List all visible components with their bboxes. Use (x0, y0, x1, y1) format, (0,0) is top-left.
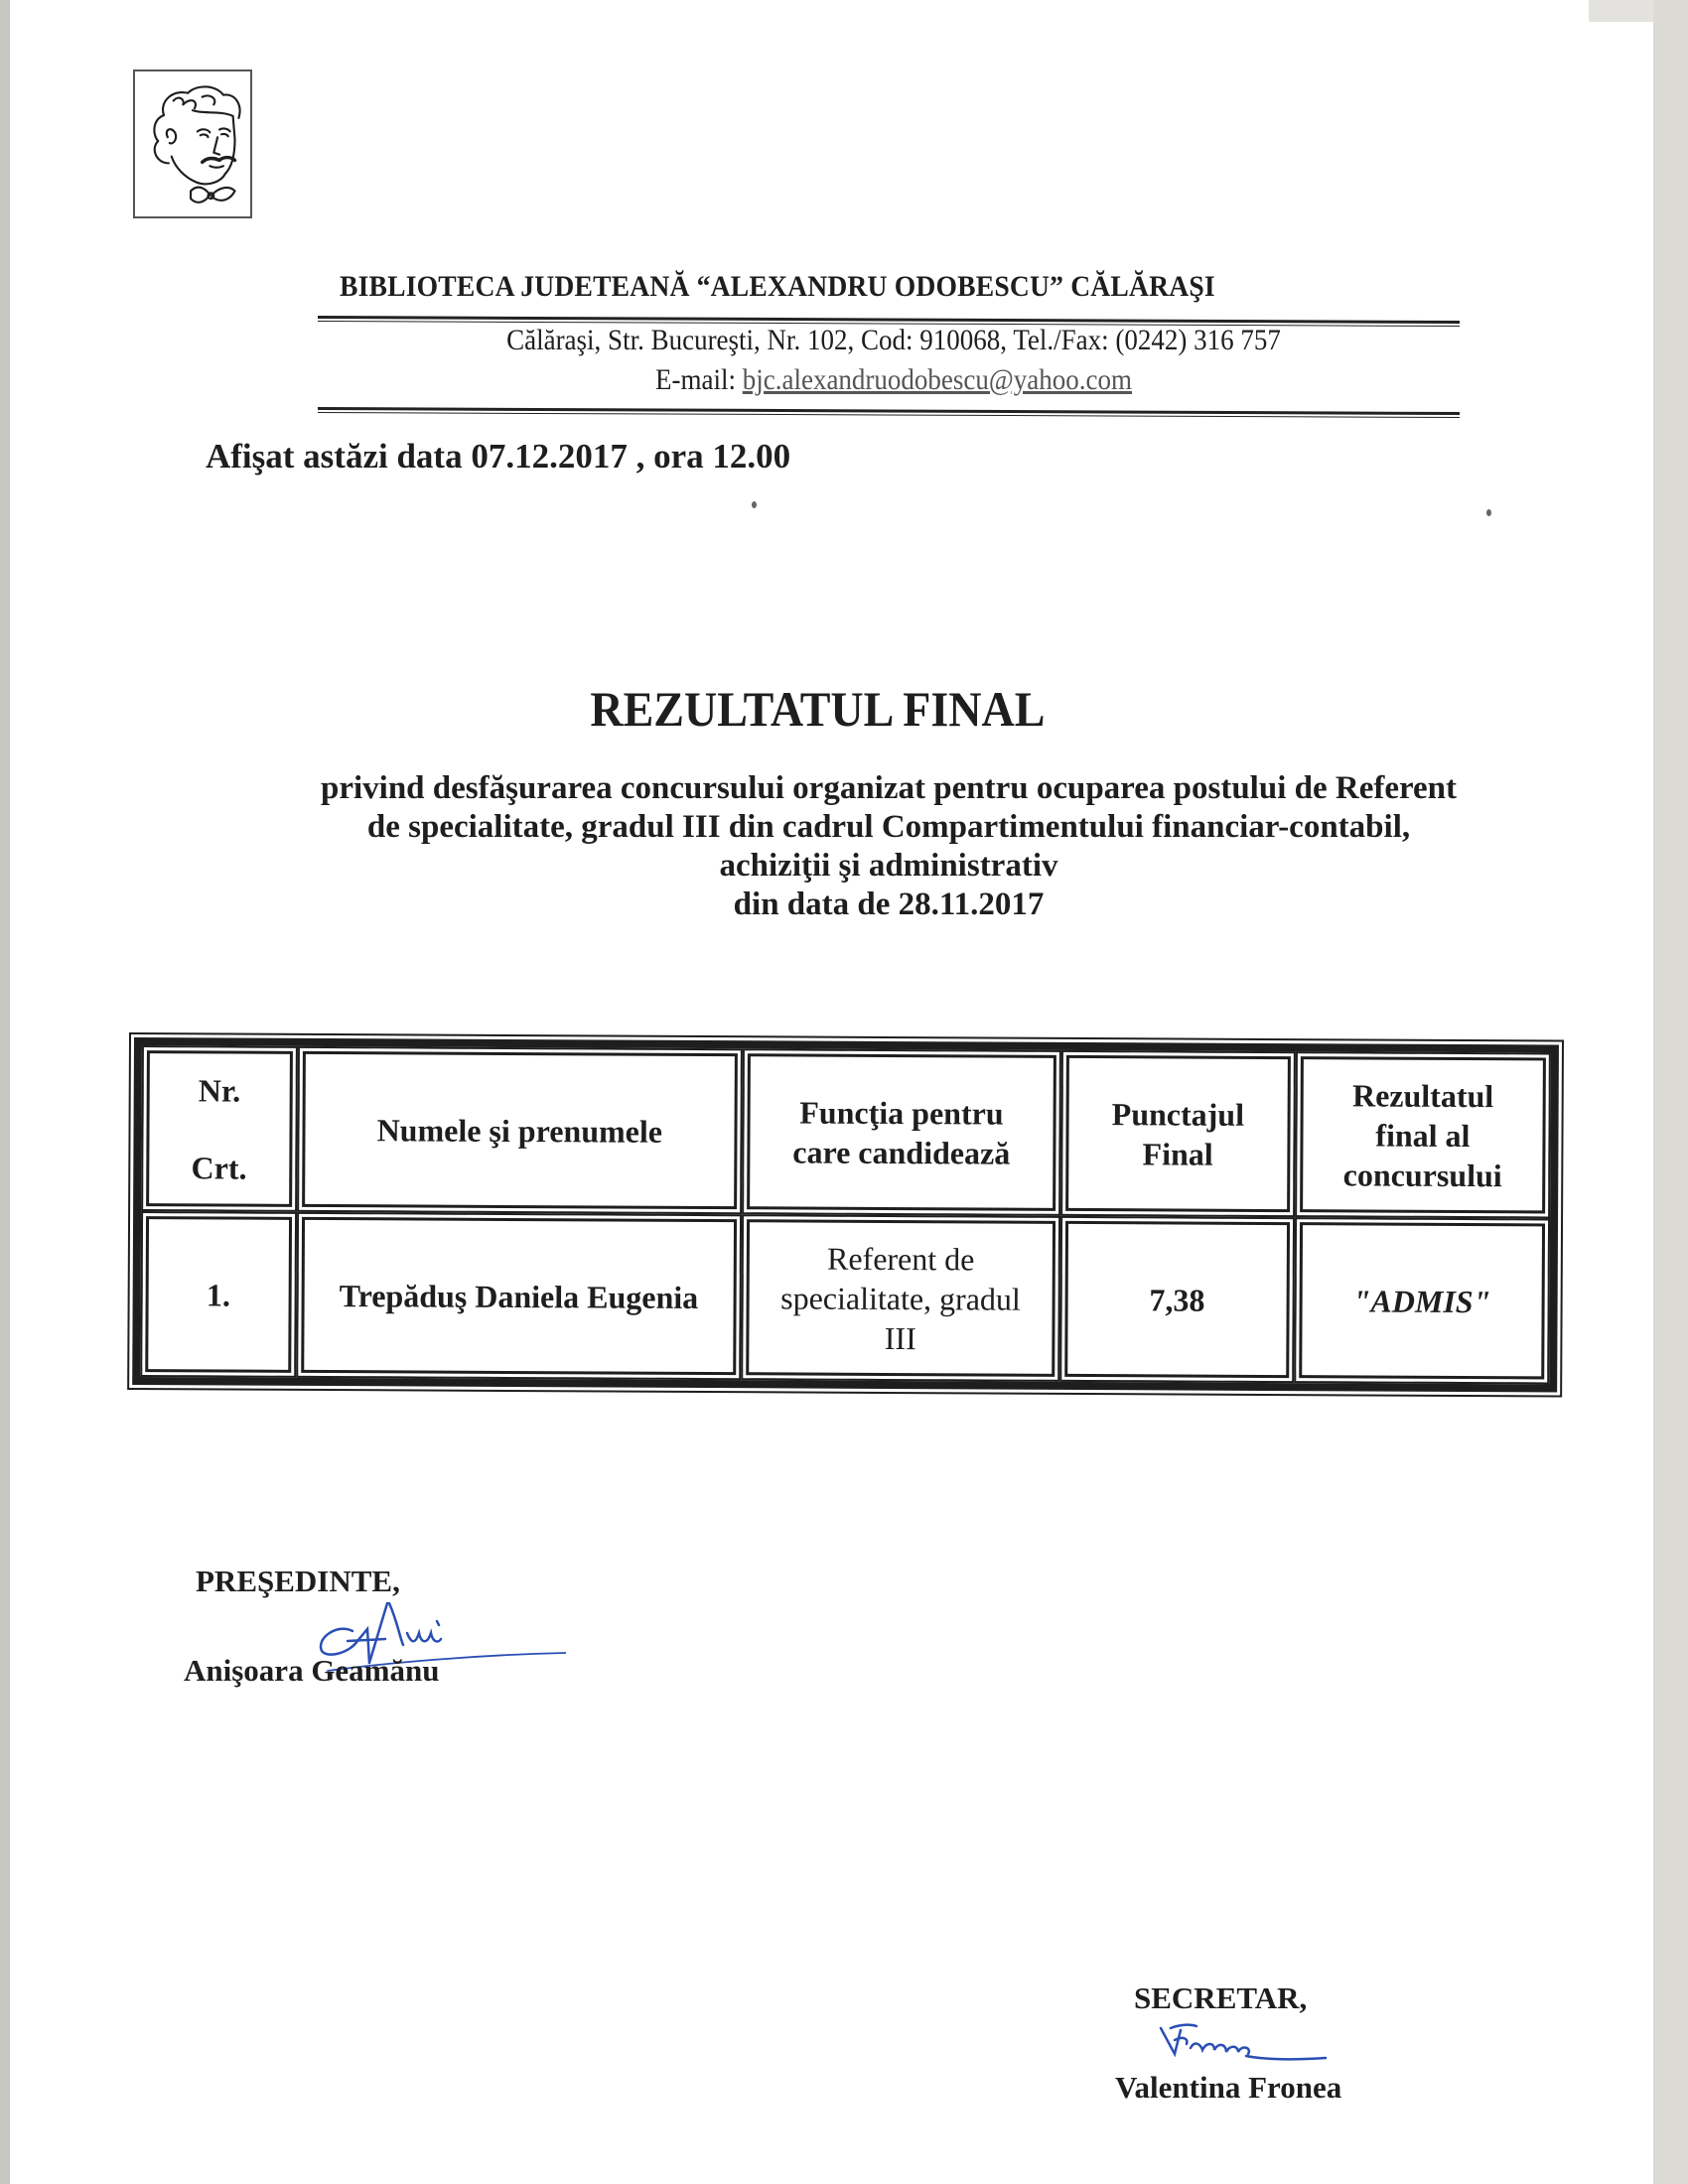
cell-nr: 1. (140, 1211, 296, 1378)
institution-email-line: E-mail: bjc.alexandruodobescu@yahoo.com (384, 363, 1403, 397)
subtitle-line: achiziţii şi administrativ (199, 847, 1579, 886)
results-table: Nr. Crt. Numele şi prenumele Funcţia pen… (132, 1037, 1559, 1393)
subtitle-line: privind desfăşurarea concursului organiz… (199, 769, 1579, 808)
secretary-name: Valentina Fronea (1115, 2070, 1341, 2106)
cell-score: 7,38 (1059, 1216, 1295, 1383)
scan-edge-right (1653, 0, 1688, 2184)
header-score: Punctajul Final (1060, 1050, 1296, 1217)
institution-address: Călăraşi, Str. Bucureşti, Nr. 102, Cod: … (384, 324, 1403, 357)
document-title: REZULTATUL FINAL (0, 680, 1635, 738)
secretary-role: SECRETAR, (1134, 1980, 1307, 2016)
subtitle-line: din data de 28.11.2017 (199, 886, 1579, 924)
posted-date: Afişat astăzi data 07.12.2017 , ora 12.0… (206, 437, 790, 477)
institution-name: BIBLIOTECA JUDETEANĂ “ALEXANDRU ODOBESCU… (340, 270, 1327, 304)
table-row: 1. Trepăduş Daniela Eugenia Referent de … (140, 1211, 1550, 1384)
header-nr-crt: Nr. Crt. (141, 1045, 297, 1212)
scan-speck (752, 501, 757, 508)
header-function: Funcţia pentru care candidează (742, 1048, 1060, 1216)
header-rule-bottom (318, 407, 1460, 418)
header-name: Numele şi prenumele (297, 1046, 743, 1214)
secretary-signature (1157, 2020, 1331, 2070)
header-result: Rezultatul final al concursului (1295, 1051, 1551, 1218)
cell-candidate-name: Trepăduş Daniela Eugenia (296, 1212, 742, 1380)
president-name: Anişoara Geamănu (184, 1653, 440, 1689)
document-subtitle: privind desfăşurarea concursului organiz… (199, 769, 1579, 924)
subtitle-line: de specialitate, gradul III din cadrul C… (199, 808, 1579, 847)
cell-function: Referent de specialitate, gradul III (741, 1214, 1059, 1382)
email-link[interactable]: bjc.alexandruodobescu@yahoo.com (743, 363, 1132, 396)
cell-result: "ADMIS" (1294, 1217, 1550, 1384)
email-label: E-mail: (655, 363, 736, 396)
scan-speck (1486, 509, 1491, 516)
table-header-row: Nr. Crt. Numele şi prenumele Funcţia pen… (141, 1045, 1551, 1218)
scan-edge-left (0, 0, 10, 2184)
library-logo-portrait (133, 69, 252, 218)
